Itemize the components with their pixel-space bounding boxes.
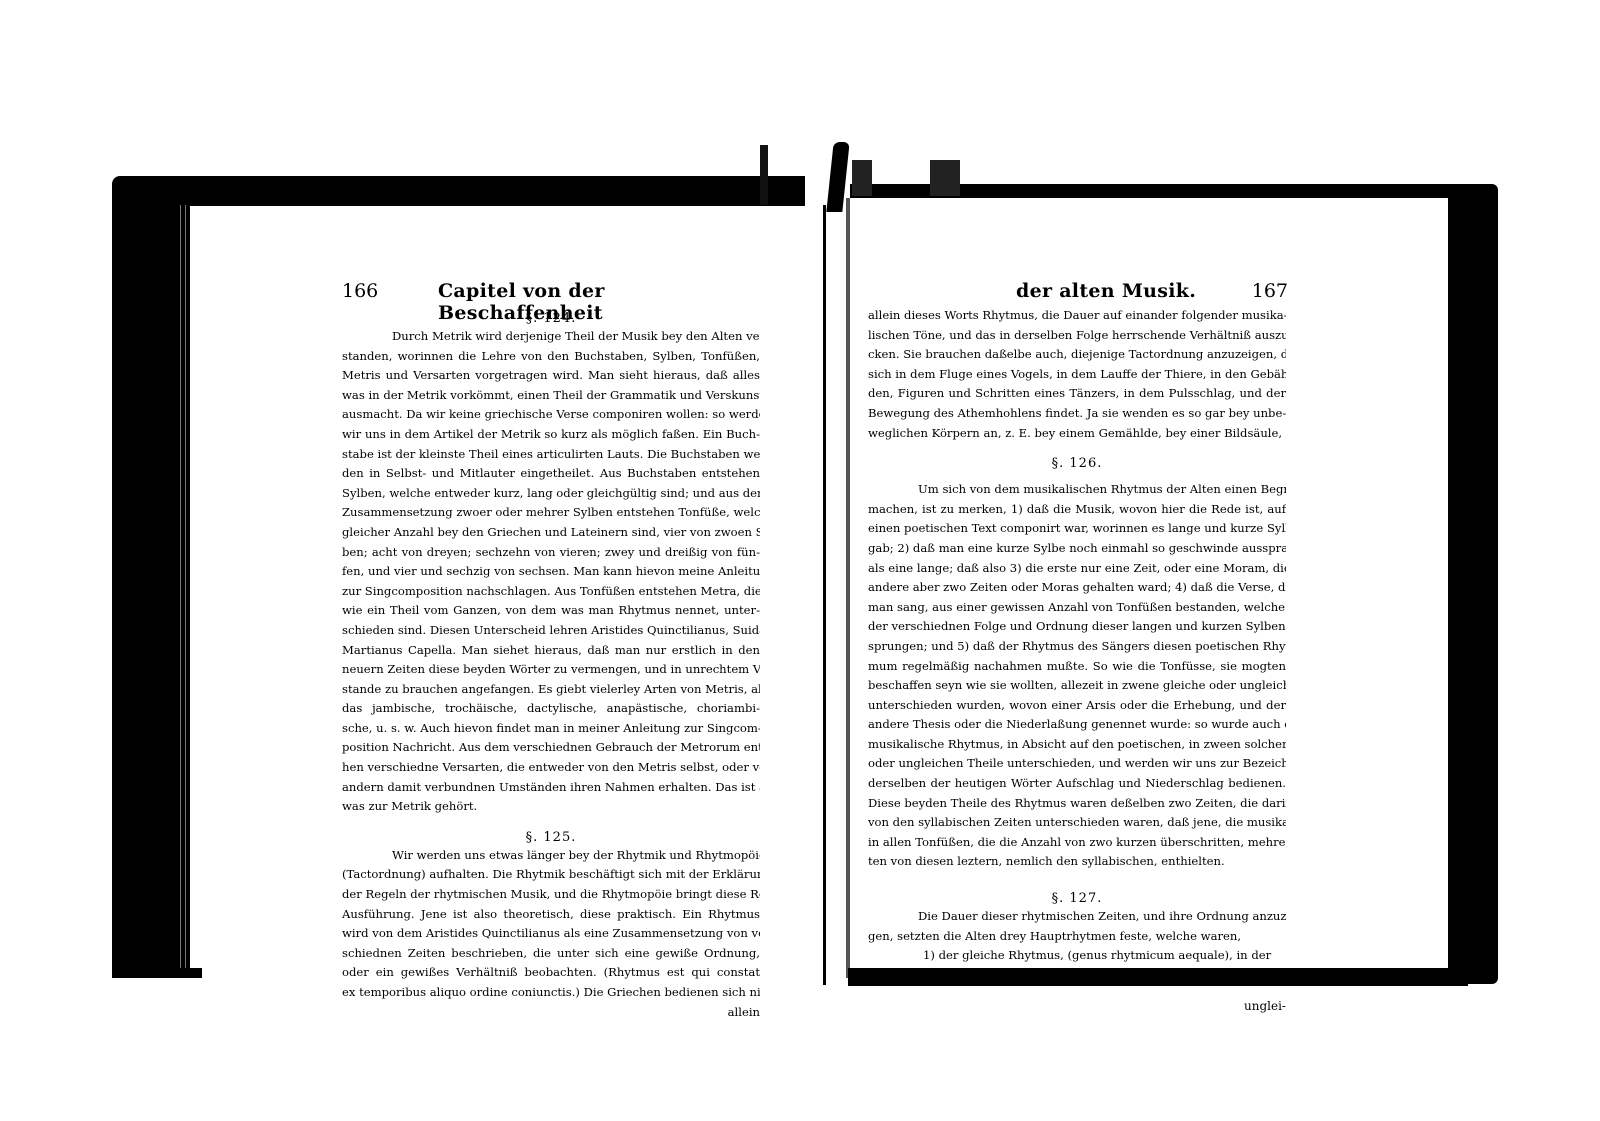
text-line: andere Thesis oder die Niederlaßung gene… [868, 715, 1286, 735]
text-line: der Regeln der rhytmischen Musik, und di… [342, 885, 760, 905]
text-line: von den syllabischen Zeiten unterschiede… [868, 813, 1286, 833]
text-line: position Nachricht. Aus dem verschiednen… [342, 738, 760, 758]
section-heading: §. 127. [868, 891, 1286, 906]
text-line: unterschieden wurden, wovon einer Arsis … [868, 696, 1286, 716]
left-page: 166 Capitel von der Beschaffenheit §. 12… [342, 280, 760, 1022]
catchword: unglei- [868, 999, 1286, 1013]
text-line: den, Figuren und Schritten eines Tänzers… [868, 384, 1286, 404]
text-line: standen, worinnen die Lehre von den Buch… [342, 347, 760, 367]
text-line: machen, ist zu merken, 1) daß die Musik,… [868, 500, 1286, 520]
text-line: fen, und vier und sechzig von sechsen. M… [342, 562, 760, 582]
text-line: gen, setzten die Alten drey Hauptrhytmen… [868, 927, 1286, 947]
text-line: Durch Metrik wird derjenige Theil der Mu… [342, 327, 760, 347]
text-line: gab; 2) daß man eine kurze Sylbe noch ei… [868, 539, 1286, 559]
page-header: der alten Musik. 167 [868, 280, 1286, 306]
right-page-edge [846, 198, 850, 978]
right-page: der alten Musik. 167 allein dieses Worts… [868, 280, 1286, 1013]
text-line: als eine lange; daß also 3) die erste nu… [868, 559, 1286, 579]
text-line: sich in dem Fluge eines Vogels, in dem L… [868, 365, 1286, 385]
paragraph: Die Dauer dieser rhytmischen Zeiten, und… [868, 907, 1286, 985]
list-item: Proportion 1 : 1. [868, 966, 1286, 986]
text-line: lischen Töne, und das in derselben Folge… [868, 326, 1286, 346]
binding-mark [760, 145, 768, 205]
page-number: 167 [1252, 280, 1288, 302]
page-number: 166 [342, 280, 378, 302]
text-line: man sang, aus einer gewissen Anzahl von … [868, 598, 1286, 618]
text-line: schiednen Zeiten beschrieben, die unter … [342, 944, 760, 964]
page-header: 166 Capitel von der Beschaffenheit [342, 280, 760, 306]
book-spine [823, 205, 826, 985]
text-line: Um sich von dem musikalischen Rhytmus de… [868, 480, 1286, 500]
running-head: Capitel von der Beschaffenheit [438, 280, 760, 324]
catchword: allein [342, 1003, 760, 1023]
text-line: ex temporibus aliquo ordine coniunctis.)… [342, 983, 760, 1003]
left-page-shadow-top [115, 176, 805, 206]
text-line: oder ungleichen Theile unterschieden, un… [868, 754, 1286, 774]
scanned-book-spread: 166 Capitel von der Beschaffenheit §. 12… [0, 0, 1600, 1121]
left-page-shadow-bottom [112, 968, 202, 978]
right-page-shadow-mark [852, 160, 872, 196]
text-line: Martianus Capella. Man siehet hieraus, d… [342, 641, 760, 661]
section-heading: §. 125. [342, 830, 760, 845]
text-line: allein dieses Worts Rhytmus, die Dauer a… [868, 306, 1286, 326]
text-line: cken. Sie brauchen daßelbe auch, diejeni… [868, 345, 1286, 365]
text-line: was zur Metrik gehört. [342, 797, 760, 817]
list-item: 1) der gleiche Rhytmus, (genus rhytmicum… [868, 946, 1286, 966]
text-line: Diese beyden Theile des Rhytmus waren de… [868, 794, 1286, 814]
text-line: wir uns in dem Artikel der Metrik so kur… [342, 425, 760, 445]
text-line: Die Dauer dieser rhytmischen Zeiten, und… [868, 907, 1286, 927]
text-line: schieden sind. Diesen Unterscheid lehren… [342, 621, 760, 641]
text-line: zur Singcomposition nachschlagen. Aus To… [342, 582, 760, 602]
paragraph: Um sich von dem musikalischen Rhytmus de… [868, 480, 1286, 872]
text-line: ten von diesen leztern, nemlich den syll… [868, 852, 1286, 872]
text-line: mum regelmäßig nachahmen mußte. So wie d… [868, 657, 1286, 677]
left-page-shadow-side [112, 176, 182, 976]
right-page-shadow-mark [930, 160, 960, 196]
text-line: beschaffen seyn wie sie wollten, allezei… [868, 676, 1286, 696]
text-line: Bewegung des Athemhohlens findet. Ja sie… [868, 404, 1286, 424]
text-line: (Tactordnung) aufhalten. Die Rhytmik bes… [342, 865, 760, 885]
text-line: Wir werden uns etwas länger bey der Rhyt… [342, 846, 760, 866]
paragraph: Durch Metrik wird derjenige Theil der Mu… [342, 327, 760, 817]
text-line: sche, u. s. w. Auch hievon findet man in… [342, 719, 760, 739]
text-line: Zusammensetzung zwoer oder mehrer Sylben… [342, 503, 760, 523]
text-line: weglichen Körpern an, z. E. bey einem Ge… [868, 424, 1286, 444]
text-line: gleicher Anzahl bey den Griechen und Lat… [342, 523, 760, 543]
text-line: musikalische Rhytmus, in Absicht auf den… [868, 735, 1286, 755]
text-line: Ausführung. Jene ist also theoretisch, d… [342, 905, 760, 925]
text-line: stande zu brauchen angefangen. Es giebt … [342, 680, 760, 700]
text-line: was in der Metrik vorkömmt, einen Theil … [342, 386, 760, 406]
text-line: in allen Tonfüßen, die die Anzahl von zw… [868, 833, 1286, 853]
text-line: wird von dem Aristides Quinctilianus als… [342, 924, 760, 944]
paragraph: allein dieses Worts Rhytmus, die Dauer a… [868, 306, 1286, 443]
text-line: ben; acht von dreyen; sechzehn von viere… [342, 543, 760, 563]
text-line: das jambische, trochäische, dactylische,… [342, 699, 760, 719]
text-line: andere aber zwo Zeiten oder Moras gehalt… [868, 578, 1286, 598]
running-head: der alten Musik. [1016, 280, 1196, 302]
text-line: wie ein Theil vom Ganzen, von dem was ma… [342, 601, 760, 621]
text-line: ausmacht. Da wir keine griechische Verse… [342, 405, 760, 425]
text-line: Metris und Versarten vorgetragen wird. M… [342, 366, 760, 386]
text-line: sprungen; und 5) daß der Rhytmus des Sän… [868, 637, 1286, 657]
text-line: derselben der heutigen Wörter Aufschlag … [868, 774, 1286, 794]
text-line: hen verschiedne Versarten, die entweder … [342, 758, 760, 778]
text-line: der verschiednen Folge und Ordnung diese… [868, 617, 1286, 637]
text-line: einen poetischen Text componirt war, wor… [868, 519, 1286, 539]
text-line: andern damit verbundnen Umständen ihren … [342, 778, 760, 798]
text-line: den in Selbst- und Mitlauter eingetheile… [342, 464, 760, 484]
paragraph: Wir werden uns etwas länger bey der Rhyt… [342, 846, 760, 1022]
section-heading: §. 126. [868, 456, 1286, 471]
text-line: Sylben, welche entweder kurz, lang oder … [342, 484, 760, 504]
left-page-edge-lines [178, 205, 190, 975]
text-line: oder ein gewißes Verhältniß beobachten. … [342, 963, 760, 983]
text-line: neuern Zeiten diese beyden Wörter zu ver… [342, 660, 760, 680]
text-line: stabe ist der kleinste Theil eines artic… [342, 445, 760, 465]
right-page-shadow-side [1448, 184, 1498, 984]
